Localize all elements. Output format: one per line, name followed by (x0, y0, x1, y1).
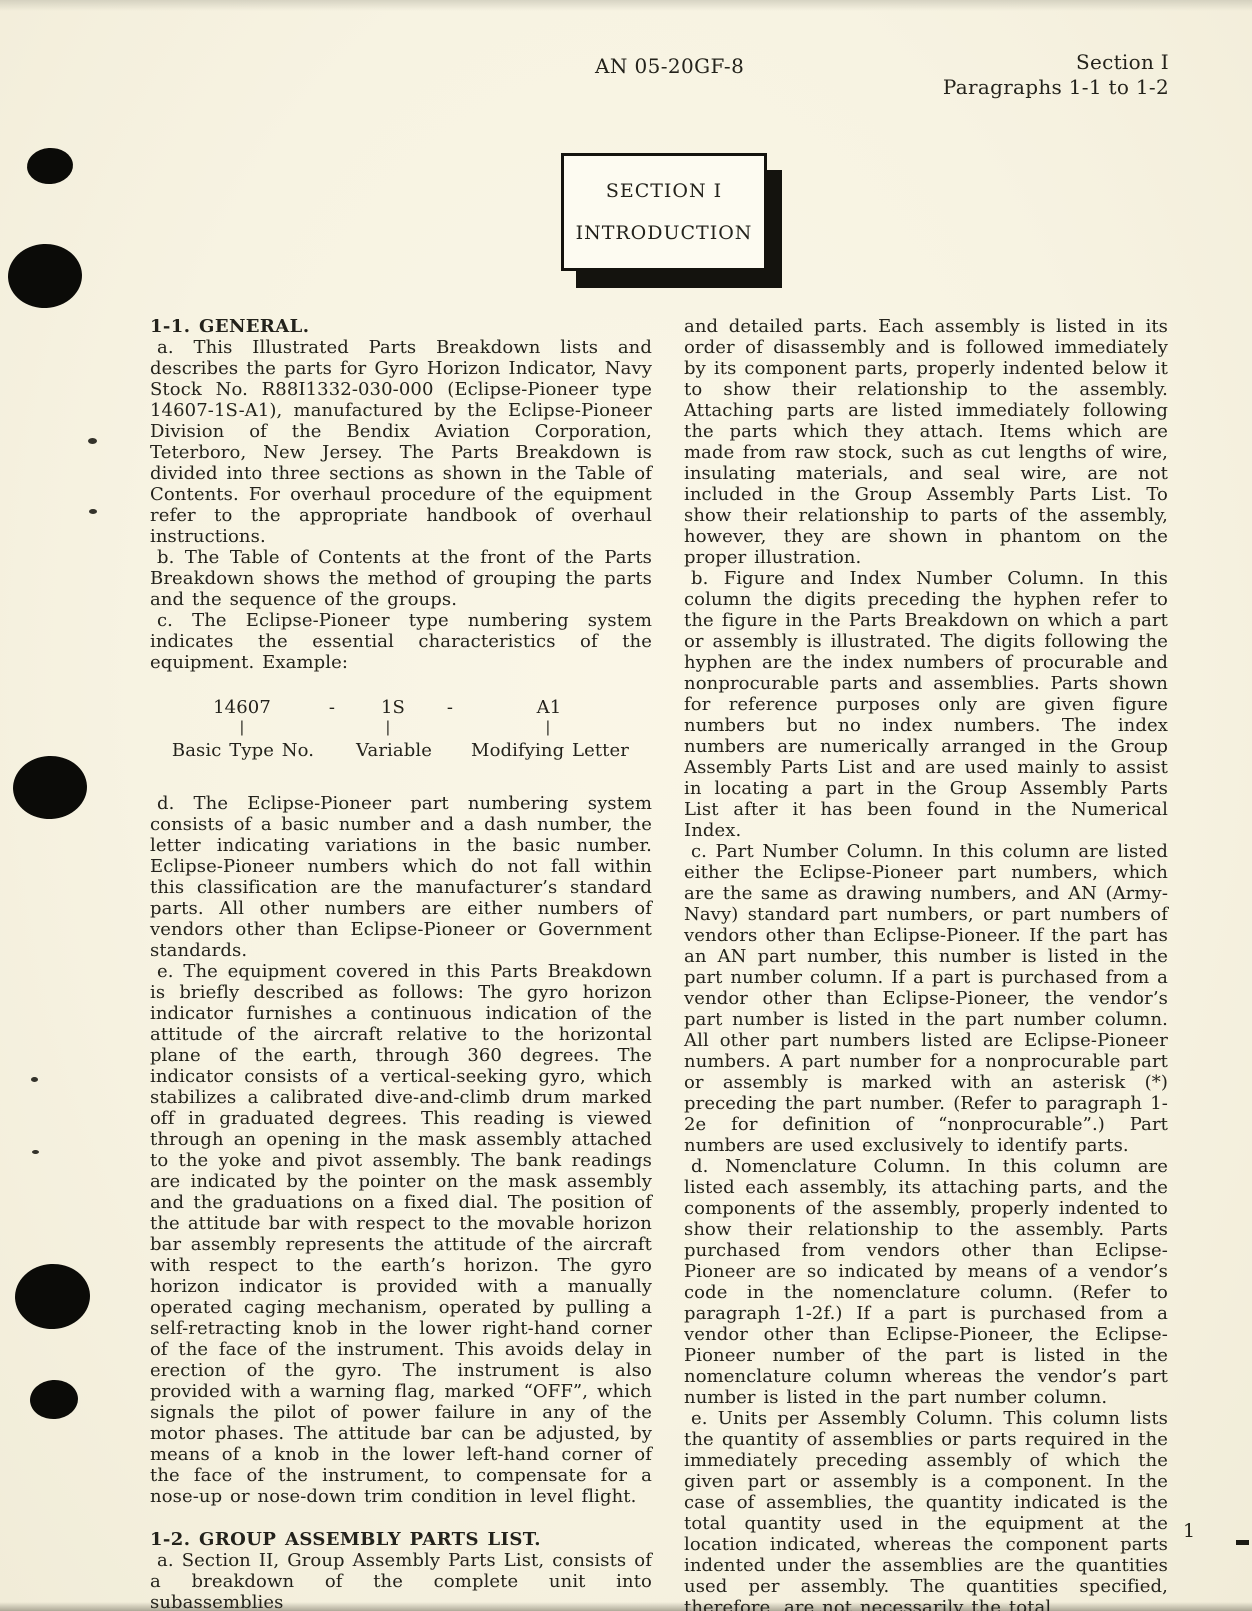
binding-hole-mark (13, 1262, 91, 1331)
paragraph-1-2a-continued: and detailed parts. Each assembly is lis… (684, 316, 1168, 568)
paragraph-1-1d: d. The Eclipse-Pioneer part numbering sy… (150, 793, 652, 961)
heading-1-1-general: 1-1. GENERAL. (150, 316, 652, 337)
paragraph-1-1b: b. The Table of Contents at the front of… (150, 547, 652, 610)
right-column: and detailed parts. Each assembly is lis… (684, 316, 1168, 1611)
modifying-letter-label: Modifying Letter (471, 740, 629, 761)
paragraph-1-2e: e. Units per Assembly Column. This colum… (684, 1408, 1168, 1611)
manual-page: AN 05-20GF-8 Section I Paragraphs 1-1 to… (0, 0, 1252, 1611)
binding-hole-mark (6, 242, 83, 310)
variable-label: Variable (356, 740, 432, 761)
paragraph-1-2c: c. Part Number Column. In this column ar… (684, 841, 1168, 1156)
section-title: SECTION I (606, 180, 722, 202)
diagram-connector-line: | (385, 717, 390, 738)
header-right: Section I Paragraphs 1-1 to 1-2 (943, 50, 1169, 100)
type-number-dash: - (329, 697, 335, 718)
doc-number: AN 05-20GF-8 (595, 54, 744, 78)
header-section: Section I (943, 50, 1169, 75)
diagram-connector-line: | (239, 717, 244, 738)
heading-1-2-group-assembly: 1-2. GROUP ASSEMBLY PARTS LIST. (150, 1529, 652, 1550)
type-number-example-diagram: 14607 - 1S - A1 | | | Basic Type No. Var… (150, 697, 652, 783)
header-paragraph-range: Paragraphs 1-1 to 1-2 (943, 75, 1169, 100)
scan-speck (32, 1150, 39, 1154)
scan-speck (88, 438, 97, 444)
section-title-box: SECTION I INTRODUCTION (561, 153, 767, 271)
binding-hole-mark (11, 754, 88, 821)
type-number-dash: - (447, 697, 453, 718)
scan-speck (89, 509, 97, 514)
diagram-connector-line: | (545, 717, 550, 738)
paragraph-1-2b: b. Figure and Index Number Column. In th… (684, 568, 1168, 841)
scan-edge-mark (1236, 1540, 1249, 1545)
basic-type-number-value: 14607 (213, 697, 271, 718)
basic-type-number-label: Basic Type No. (172, 740, 314, 761)
page-number: 1 (1183, 1520, 1195, 1542)
variable-value: 1S (381, 697, 405, 718)
left-column: 1-1. GENERAL. a. This Illustrated Parts … (150, 316, 652, 1611)
paragraph-1-1c: c. The Eclipse-Pioneer type numbering sy… (150, 610, 652, 673)
paragraph-1-2d: d. Nomenclature Column. In this column a… (684, 1156, 1168, 1408)
paragraph-1-2a: a. Section II, Group Assembly Parts List… (150, 1550, 652, 1611)
scan-speck (31, 1077, 38, 1082)
paragraph-1-1e: e. The equipment covered in this Parts B… (150, 961, 652, 1507)
scan-edge-top (0, 0, 1252, 11)
section-subtitle: INTRODUCTION (576, 222, 753, 244)
paragraph-1-1a: a. This Illustrated Parts Breakdown list… (150, 337, 652, 547)
binding-hole-mark (26, 146, 74, 185)
binding-hole-mark (29, 1378, 80, 1420)
modifying-letter-value: A1 (537, 697, 562, 718)
